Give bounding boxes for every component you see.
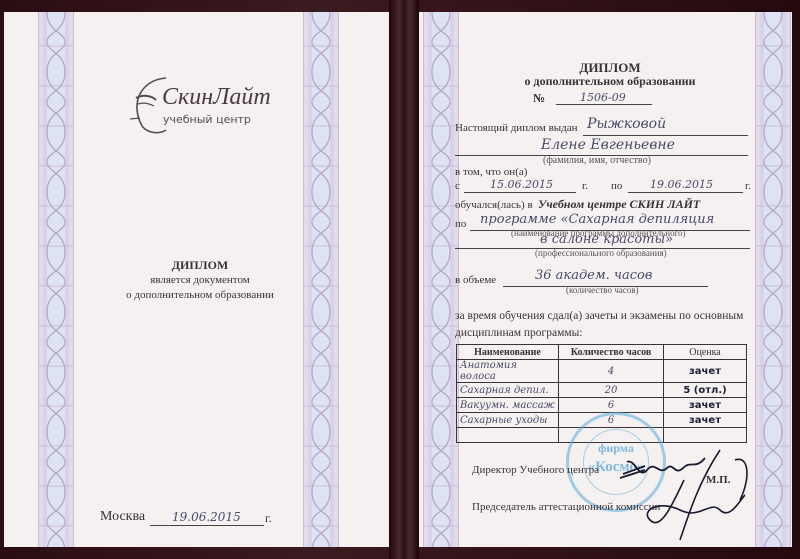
program-hint2: (профессионального образования)	[535, 248, 667, 258]
discipline-grade: 5 (отл.)	[664, 383, 747, 398]
discipline-hours: 20	[559, 383, 664, 398]
left-date: 19.06.2015	[172, 510, 241, 524]
chairman-label: Председатель аттестационной комиссии	[472, 501, 660, 513]
from-label: с	[455, 180, 460, 192]
ornament-border-right	[755, 12, 791, 547]
discipline-name: Вакуумн. массаж	[457, 398, 559, 413]
discipline-name: Сахарные уходы	[457, 413, 559, 428]
discipline-name	[457, 428, 559, 443]
table-header-row: Наименование Количество часов Оценка	[457, 345, 747, 360]
volume-label: в объеме	[455, 274, 496, 286]
left-line2: о дополнительном образовании	[110, 289, 290, 301]
to-label: по	[611, 180, 622, 192]
logo-subtitle: учебный центр	[163, 113, 251, 126]
recipient-surname: Рыжковой	[587, 116, 666, 132]
left-title: ДИПЛОМ	[120, 258, 280, 273]
exams-text-1: за время обучения сдал(а) зачеты и экзам…	[455, 310, 743, 322]
to-year-suffix: г.	[745, 180, 751, 192]
program-line2: в салоне красоты»	[540, 232, 673, 247]
studied-label: обучался(лась) в	[455, 199, 533, 211]
left-line1: является документом	[110, 274, 290, 286]
from-underline	[464, 192, 576, 193]
volume-value: 36 академ. часов	[535, 268, 652, 283]
ornament-border-left	[38, 12, 74, 547]
number-underline	[556, 104, 652, 105]
from-year-suffix: г.	[582, 180, 588, 192]
diploma-spine	[389, 0, 419, 559]
exams-text-2: дисциплинам программы:	[455, 327, 583, 339]
header-grade: Оценка	[664, 345, 747, 360]
logo-brand: СкинЛайт	[162, 84, 271, 111]
table-row: Вакуумн. массаж 6 зачет	[457, 398, 747, 413]
discipline-name: Анатомия волоса	[457, 360, 559, 383]
number-label: №	[533, 91, 545, 106]
discipline-grade: зачет	[664, 413, 747, 428]
discipline-grade: зачет	[664, 360, 747, 383]
diploma-number: 1506-09	[580, 91, 626, 104]
ornament-border-right	[303, 12, 339, 547]
year-suffix: г.	[265, 511, 272, 526]
institution-name: Учебном центре СКИН ЛАЙТ	[538, 197, 700, 212]
director-label: Директор Учебного центра	[472, 464, 599, 476]
from-date: 15.06.2015	[490, 178, 553, 191]
right-subtitle: о дополнительном образовании	[490, 74, 730, 89]
discipline-hours: 4	[559, 360, 664, 383]
ornament-border-left	[423, 12, 459, 547]
header-name: Наименование	[457, 345, 559, 360]
header-hours: Количество часов	[559, 345, 664, 360]
chairman-signature-icon	[640, 440, 760, 550]
to-date: 19.06.2015	[650, 178, 713, 191]
recipient-name: Елене Евгеньевне	[541, 137, 675, 153]
discipline-grade: зачет	[664, 398, 747, 413]
to-underline	[628, 192, 743, 193]
discipline-name: Сахарная депил.	[457, 383, 559, 398]
issued-label: Настоящий диплом выдан	[455, 122, 578, 134]
table-row: Сахарная депил. 20 5 (отл.)	[457, 383, 747, 398]
discipline-hours: 6	[559, 398, 664, 413]
program-label: по	[455, 218, 466, 230]
that-label: в том, что он(а)	[455, 166, 527, 178]
volume-hint: (количество часов)	[566, 285, 638, 295]
surname-underline	[583, 135, 748, 136]
date-underline	[150, 525, 264, 526]
program-line1: программе «Сахарная депиляция	[480, 212, 714, 227]
name-hint: (фамилия, имя, отчество)	[543, 155, 651, 166]
table-row: Анатомия волоса 4 зачет	[457, 360, 747, 383]
city-label: Москва	[100, 509, 145, 525]
